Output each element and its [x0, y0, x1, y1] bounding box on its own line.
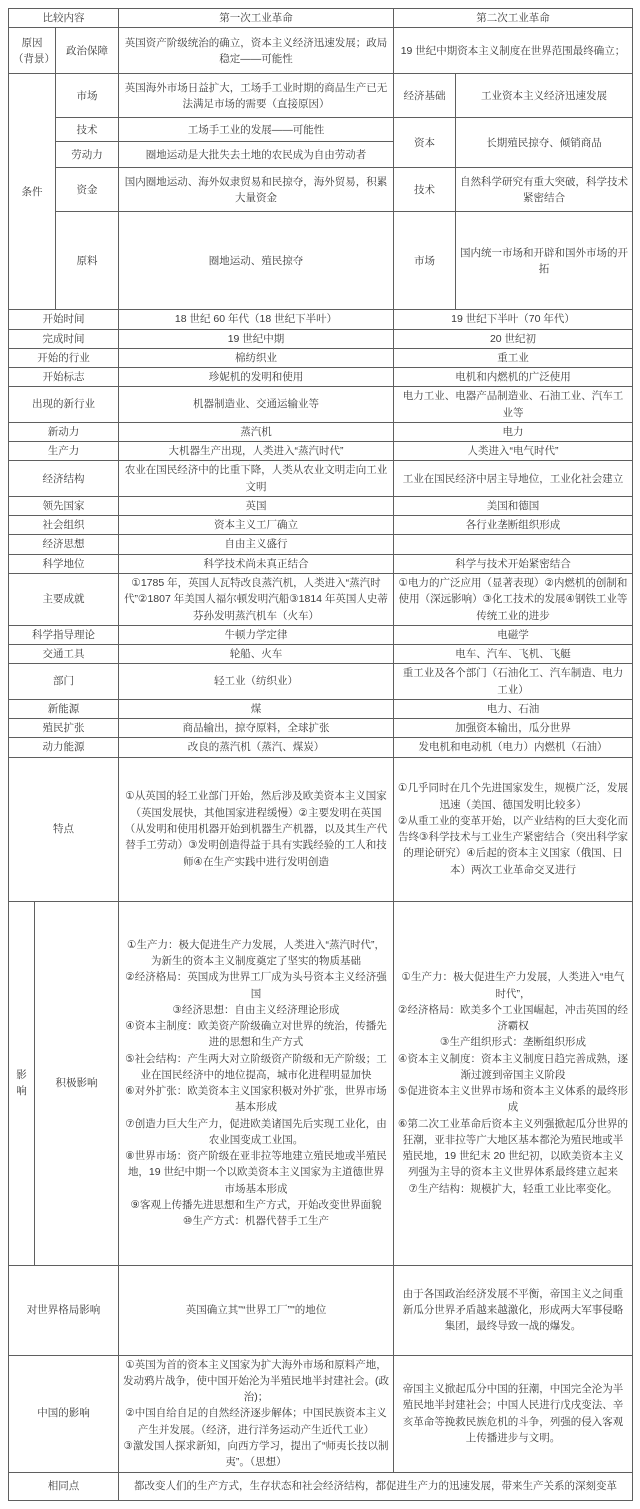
table-row-social-organization: 社会组织 资本主义工厂确立 各行业垄断组织形成	[9, 516, 633, 535]
second-revolution-cell	[394, 535, 633, 554]
reason-first-cell: 英国资产阶级统治的确立，资本主义经济迅速发展；政局稳定——可能性	[119, 28, 394, 74]
row-label: 对世界格局影响	[9, 1265, 119, 1355]
first-revolution-cell: 自由主义盛行	[119, 535, 394, 554]
second-revolution-cell: 电机和内燃机的广泛使用	[394, 368, 633, 387]
table-header-row: 比较内容 第一次工业革命 第二次工业革命	[9, 9, 633, 28]
table-row-start-time: 开始时间 18 世纪 60 年代（18 世纪下半叶） 19 世纪下半叶（70 年…	[9, 310, 633, 329]
table-row-productivity: 生产力 大机器生产出现，人类进入“蒸汽时代” 人类进入“电气时代”	[9, 442, 633, 461]
table-row-economic-structure: 经济结构 农业在国民经济中的比重下降，人类从农业文明走向工业文明 工业在国民经济…	[9, 461, 633, 497]
second-revolution-cell: 电力	[394, 422, 633, 441]
second-revolution-cell: 电力、石油	[394, 699, 633, 718]
first-revolution-cell: ①生产力：极大促进生产力发展，人类进入“蒸汽时代”， 为新生的资本主义制度奠定了…	[119, 901, 394, 1265]
row-label: 科学指导理论	[9, 625, 119, 644]
first-revolution-cell: 英国确立其"“世界工厂”"的地位	[119, 1265, 394, 1355]
first-revolution-cell: 科学技术尚未真正结合	[119, 554, 394, 573]
table-row-guiding-theory: 科学指导理论 牛顿力学定律 电磁学	[9, 625, 633, 644]
table-row-main-achievements: 主要成就 ①1785 年，英国人瓦特改良蒸汽机，人类进入“蒸汽时代”②1807 …	[9, 573, 633, 625]
table-row-new-power: 新动力 蒸汽机 电力	[9, 422, 633, 441]
first-revolution-cell: 棉纺织业	[119, 348, 394, 367]
row-label: 交通工具	[9, 645, 119, 664]
second-revolution-cell: ①电力的广泛应用（显著表现）②内燃机的创制和使用（深远影响）③化工技术的发展④钢…	[394, 573, 633, 625]
row-label: 主要成就	[9, 573, 119, 625]
table-row-starting-mark: 开始标志 珍妮机的发明和使用 电机和内燃机的广泛使用	[9, 368, 633, 387]
same-points-cell: 都改变人们的生产方式，生存状态和社会经济结构，都促进生产力的迅速发展，带来生产关…	[119, 1472, 633, 1500]
row-label: 殖民扩张	[9, 719, 119, 738]
condition-sub-label: 技术	[56, 118, 119, 142]
first-revolution-cell: 机器制造业、交通运输业等	[119, 387, 394, 423]
header-first-revolution: 第一次工业革命	[119, 9, 394, 28]
second-revolution-cell: 由于各国政治经济发展不平衡，帝国主义之间重新瓜分世界矛盾越来越激化，形成两大军事…	[394, 1265, 633, 1355]
condition-right-sub-label: 市场	[394, 212, 456, 310]
row-label: 开始的行业	[9, 348, 119, 367]
reason-label: 原因（背景）	[9, 28, 56, 74]
row-label: 完成时间	[9, 329, 119, 348]
first-revolution-cell: 大机器生产出现，人类进入“蒸汽时代”	[119, 442, 394, 461]
row-label: 科学地位	[9, 554, 119, 573]
reason-row: 原因（背景） 政治保障 英国资产阶级统治的确立，资本主义经济迅速发展；政局稳定—…	[9, 28, 633, 74]
second-revolution-cell: 各行业垄断组织形成	[394, 516, 633, 535]
row-label: 相同点	[9, 1472, 119, 1500]
condition-row-raw-material: 原料 圈地运动、殖民掠夺 市场 国内统一市场和开辟和国外市场的开拓	[9, 212, 633, 310]
second-revolution-cell: 发电机和电动机（电力）内燃机（石油）	[394, 738, 633, 757]
condition-sub-label: 原料	[56, 212, 119, 310]
row-label: 开始标志	[9, 368, 119, 387]
table-row-power-energy: 动力能源 改良的蒸汽机（蒸汽、煤炭） 发电机和电动机（电力）内燃机（石油）	[9, 738, 633, 757]
table-row-starting-industry: 开始的行业 棉纺织业 重工业	[9, 348, 633, 367]
second-revolution-cell: 电磁学	[394, 625, 633, 644]
second-revolution-cell: 重工业	[394, 348, 633, 367]
header-second-revolution: 第二次工业革命	[394, 9, 633, 28]
row-label: 中国的影响	[9, 1355, 119, 1472]
condition-label: 条件	[9, 74, 56, 310]
table-row-colonial-expansion: 殖民扩张 商品输出，掠夺原料，全球扩张 加强资本输出，瓜分世界	[9, 719, 633, 738]
world-pattern-row: 对世界格局影响 英国确立其"“世界工厂”"的地位 由于各国政治经济发展不平衡，帝…	[9, 1265, 633, 1355]
first-revolution-cell: 煤	[119, 699, 394, 718]
condition-right-sub-label: 技术	[394, 168, 456, 212]
table-row-leading-country: 领先国家 英国 美国和德国	[9, 496, 633, 515]
table-row-new-energy: 新能源 煤 电力、石油	[9, 699, 633, 718]
first-revolution-cell: ①英国为首的资本主义国家为扩大海外市场和原料产地，发动鸦片战争，使中国开始沦为半…	[119, 1355, 394, 1472]
condition-sub-label: 劳动力	[56, 142, 119, 168]
first-revolution-cell: 英国	[119, 496, 394, 515]
table-row-finish-time: 完成时间 19 世纪中期 20 世纪初	[9, 329, 633, 348]
row-label: 部门	[9, 664, 119, 700]
table-row-new-industries: 出现的新行业 机器制造业、交通运输业等 电力工业、电器产品制造业、石油工业、汽车…	[9, 387, 633, 423]
first-revolution-cell: 改良的蒸汽机（蒸汽、煤炭）	[119, 738, 394, 757]
row-label: 开始时间	[9, 310, 119, 329]
table-row-features: 特点 ①从英国的轻工业部门开始，然后涉及欧美资本主义国家（英国发展快，其他国家进…	[9, 757, 633, 901]
condition-row-technology: 技术 工场手工业的发展——可能性 资本 长期殖民掠夺、倾销商品	[9, 118, 633, 142]
second-revolution-cell: 电力工业、电器产品制造业、石油工业、汽车工业等	[394, 387, 633, 423]
reason-second-cell: 19 世纪中期资本主义制度在世界范围最终确立；	[394, 28, 633, 74]
second-revolution-cell: ①几乎同时在几个先进国家发生，规模广泛，发展迅速（美国、德国发明比较多） ②从重…	[394, 757, 633, 901]
second-revolution-cell: 20 世纪初	[394, 329, 633, 348]
table-row-science-status: 科学地位 科学技术尚未真正结合 科学与技术开始紧密结合	[9, 554, 633, 573]
second-revolution-cell: 工业在国民经济中居主导地位，工业化社会建立	[394, 461, 633, 497]
condition-right-sub-label: 经济基础	[394, 74, 456, 118]
second-revolution-cell: 帝国主义掀起瓜分中国的狂潮，中国完全沦为半殖民地半封建社会；中国人民进行戊戌变法…	[394, 1355, 633, 1472]
row-label: 经济思想	[9, 535, 119, 554]
row-label: 经济结构	[9, 461, 119, 497]
condition-first-cell: 英国海外市场日益扩大，工场手工业时期的商品生产已无法满足市场的需要（直接原因）	[119, 74, 394, 118]
condition-sub-label: 市场	[56, 74, 119, 118]
condition-right-cell: 国内统一市场和开辟和国外市场的开拓	[456, 212, 633, 310]
condition-right-sub-label: 资本	[394, 118, 456, 168]
condition-right-cell: 长期殖民掠夺、倾销商品	[456, 118, 633, 168]
same-points-row: 相同点 都改变人们的生产方式，生存状态和社会经济结构，都促进生产力的迅速发展，带…	[9, 1472, 633, 1500]
row-label: 新能源	[9, 699, 119, 718]
first-revolution-cell: 轻工业（纺织业）	[119, 664, 394, 700]
first-revolution-cell: 18 世纪 60 年代（18 世纪下半叶）	[119, 310, 394, 329]
first-revolution-cell: 珍妮机的发明和使用	[119, 368, 394, 387]
first-revolution-cell: 资本主义工厂确立	[119, 516, 394, 535]
first-revolution-cell: 牛顿力学定律	[119, 625, 394, 644]
condition-row-capital: 资金 国内圈地运动、海外奴隶贸易和民掠夺，海外贸易，积累大量资金 技术 自然科学…	[9, 168, 633, 212]
row-label: 出现的新行业	[9, 387, 119, 423]
condition-first-cell: 圈地运动、殖民掠夺	[119, 212, 394, 310]
second-revolution-cell: ①生产力：极大促进生产力发展，人类进入“电气时代”， ②经济格局：欧美多个工业国…	[394, 901, 633, 1265]
second-revolution-cell: 人类进入“电气时代”	[394, 442, 633, 461]
header-compare: 比较内容	[9, 9, 119, 28]
row-label: 社会组织	[9, 516, 119, 535]
row-label: 动力能源	[9, 738, 119, 757]
first-revolution-cell: 19 世纪中期	[119, 329, 394, 348]
second-revolution-cell: 19 世纪下半叶（70 年代）	[394, 310, 633, 329]
row-label: 新动力	[9, 422, 119, 441]
table-row-transport: 交通工具 轮船、火车 电车、汽车、飞机、飞艇	[9, 645, 633, 664]
table-row-sectors: 部门 轻工业（纺织业） 重工业及各个部门（石油化工、汽车制造、电力工业）	[9, 664, 633, 700]
china-impact-row: 中国的影响 ①英国为首的资本主义国家为扩大海外市场和原料产地，发动鸦片战争，使中…	[9, 1355, 633, 1472]
first-revolution-cell: 蒸汽机	[119, 422, 394, 441]
impact-sub-label: 积极影响	[35, 901, 119, 1265]
comparison-table: 比较内容 第一次工业革命 第二次工业革命 原因（背景） 政治保障 英国资产阶级统…	[8, 8, 633, 1501]
second-revolution-cell: 电车、汽车、飞机、飞艇	[394, 645, 633, 664]
row-label: 领先国家	[9, 496, 119, 515]
row-label: 生产力	[9, 442, 119, 461]
first-revolution-cell: 轮船、火车	[119, 645, 394, 664]
first-revolution-cell: ①1785 年，英国人瓦特改良蒸汽机，人类进入“蒸汽时代”②1807 年美国人福…	[119, 573, 394, 625]
impact-row: 影响 积极影响 ①生产力：极大促进生产力发展，人类进入“蒸汽时代”， 为新生的资…	[9, 901, 633, 1265]
second-revolution-cell: 科学与技术开始紧密结合	[394, 554, 633, 573]
second-revolution-cell: 加强资本输出，瓜分世界	[394, 719, 633, 738]
condition-row-market: 条件 市场 英国海外市场日益扩大，工场手工业时期的商品生产已无法满足市场的需要（…	[9, 74, 633, 118]
first-revolution-cell: 商品输出，掠夺原料，全球扩张	[119, 719, 394, 738]
first-revolution-cell: ①从英国的轻工业部门开始，然后涉及欧美资本主义国家（英国发展快，其他国家进程缓慢…	[119, 757, 394, 901]
second-revolution-cell: 美国和德国	[394, 496, 633, 515]
first-revolution-cell: 农业在国民经济中的比重下降，人类从农业文明走向工业文明	[119, 461, 394, 497]
condition-first-cell: 圈地运动是大批失去土地的农民成为自由劳动者	[119, 142, 394, 168]
condition-right-cell: 工业资本主义经济迅速发展	[456, 74, 633, 118]
condition-first-cell: 工场手工业的发展——可能性	[119, 118, 394, 142]
table-row-economic-thought: 经济思想 自由主义盛行	[9, 535, 633, 554]
impact-label: 影响	[9, 901, 35, 1265]
row-label: 特点	[9, 757, 119, 901]
condition-first-cell: 国内圈地运动、海外奴隶贸易和民掠夺，海外贸易，积累大量资金	[119, 168, 394, 212]
second-revolution-cell: 重工业及各个部门（石油化工、汽车制造、电力工业）	[394, 664, 633, 700]
condition-right-cell: 自然科学研究有重大突破，科学技术紧密结合	[456, 168, 633, 212]
reason-sub-label: 政治保障	[56, 28, 119, 74]
condition-sub-label: 资金	[56, 168, 119, 212]
